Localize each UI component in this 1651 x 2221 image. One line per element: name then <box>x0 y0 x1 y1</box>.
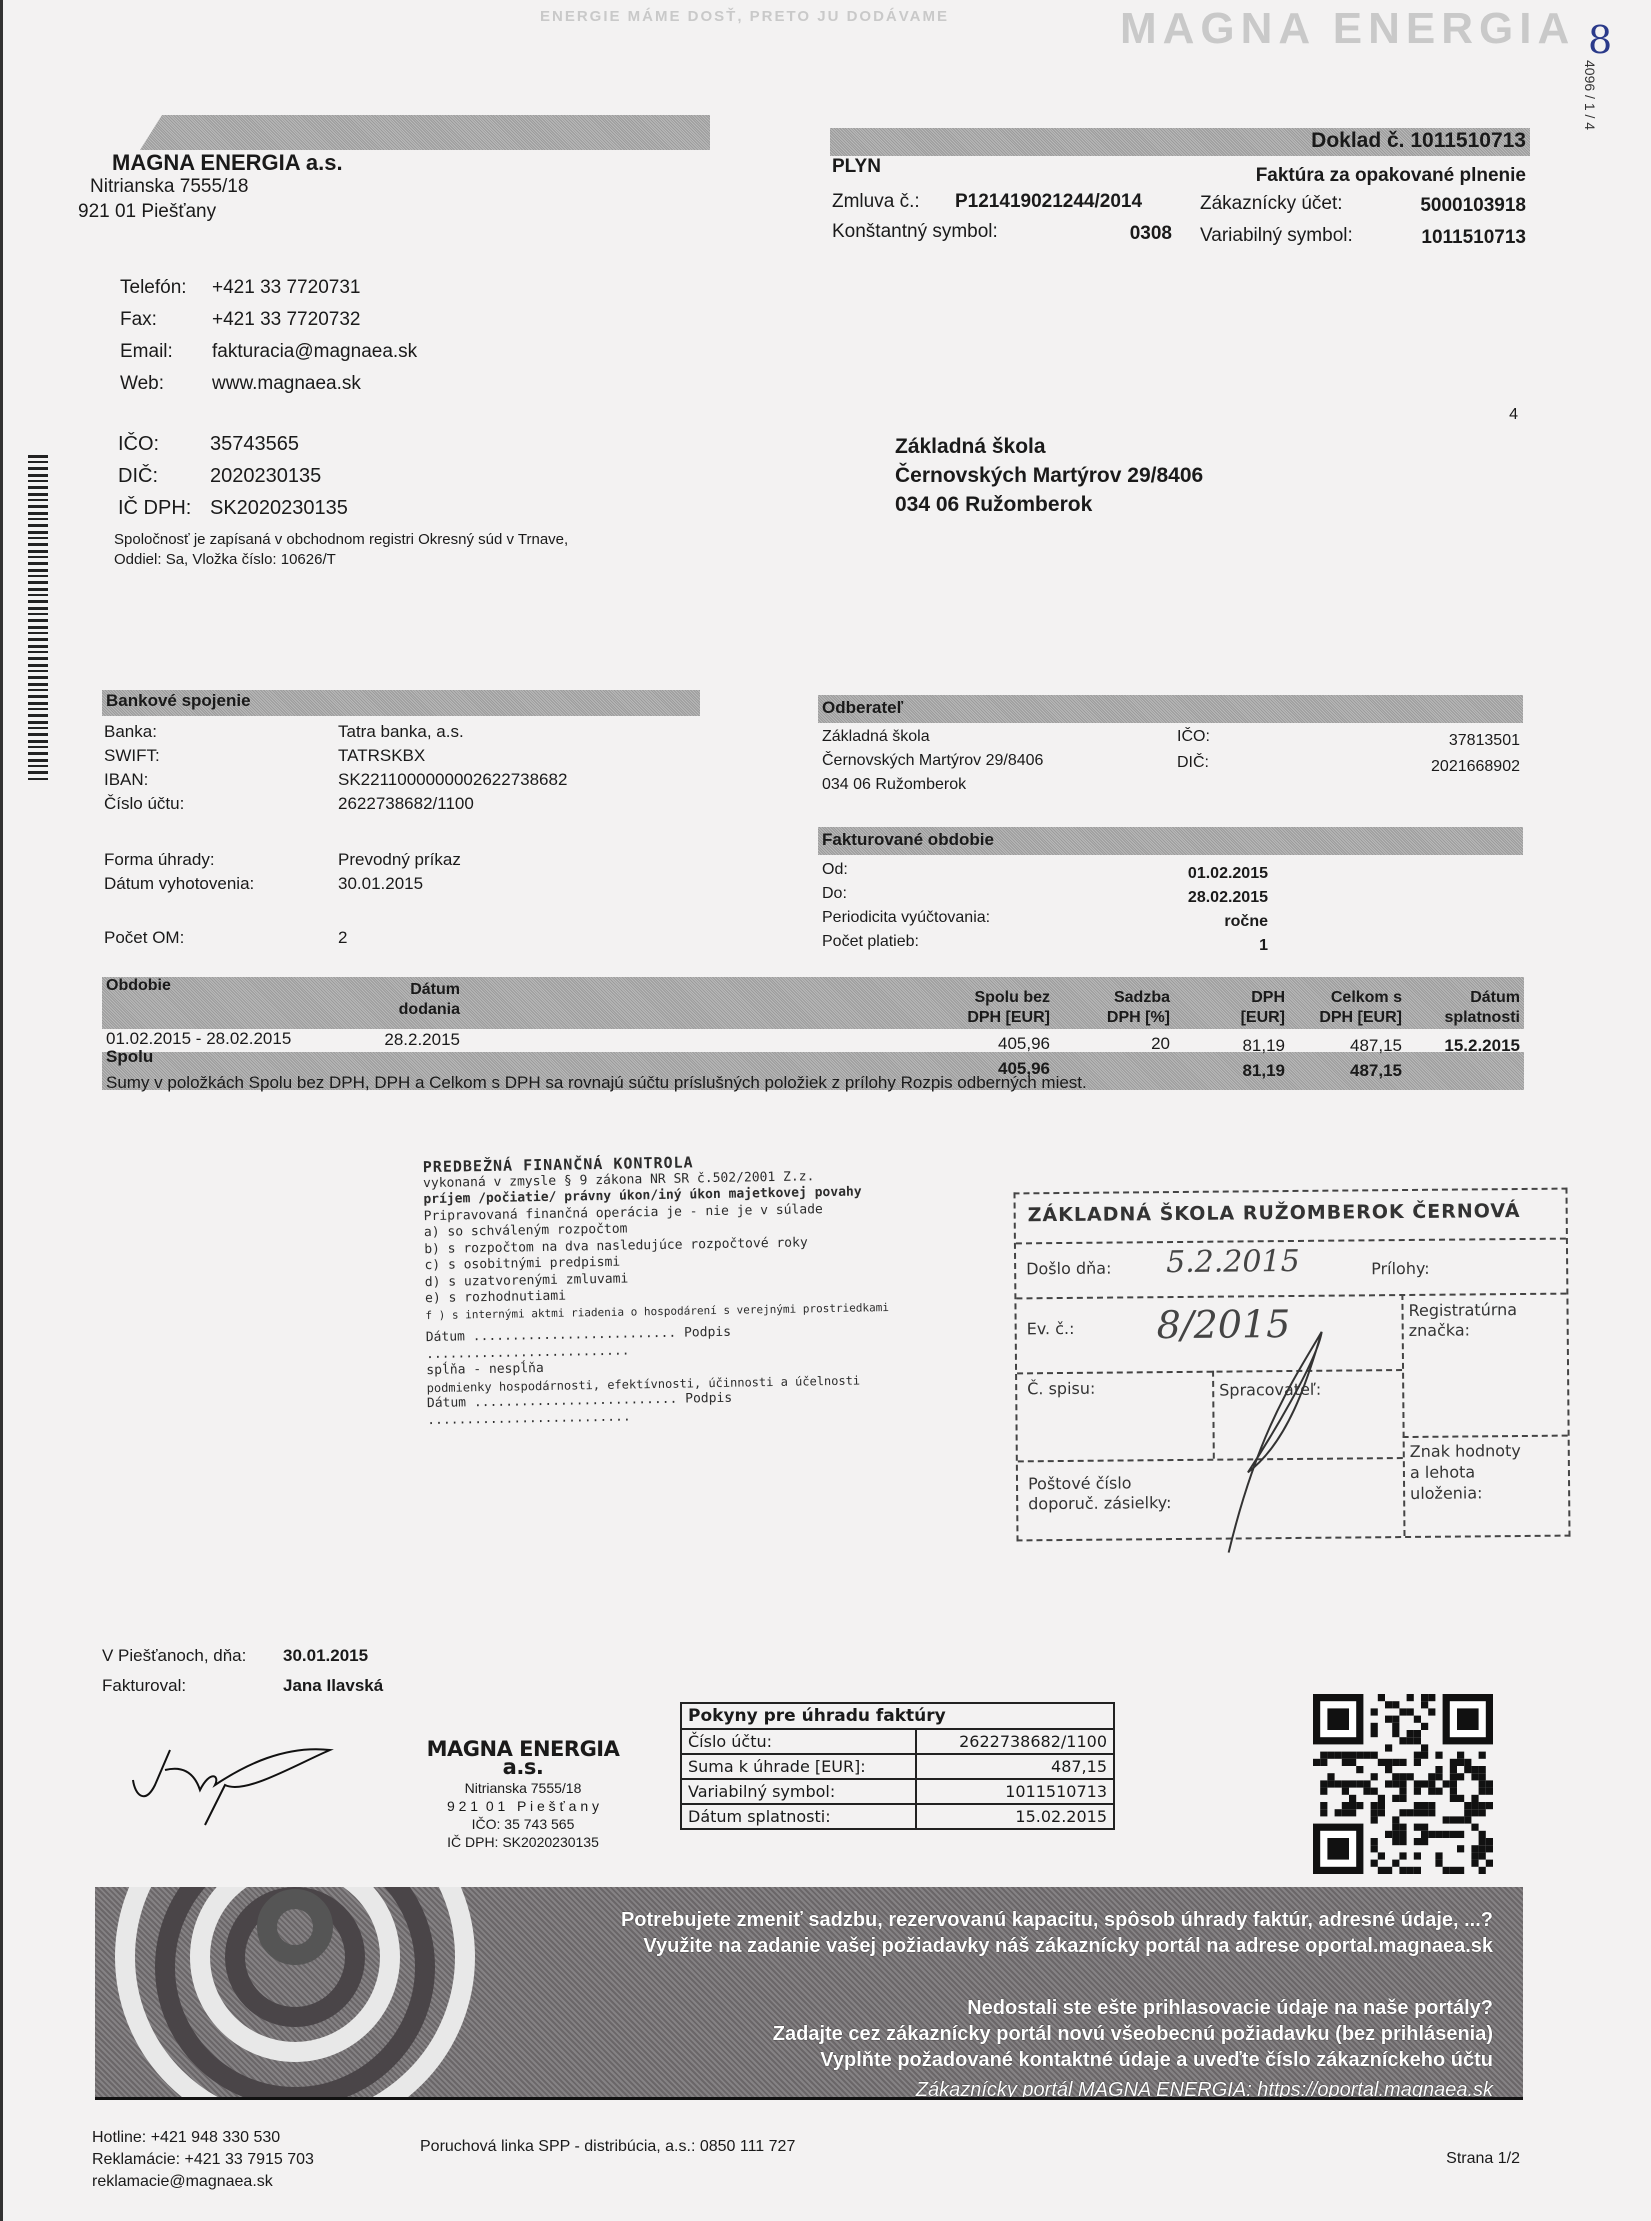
var-symbol-value: 1011510713 <box>1380 227 1526 249</box>
supplier-street: Nitrianska 7555/18 <box>90 176 248 198</box>
qr-code-icon <box>1313 1694 1493 1874</box>
email-label: Email: <box>120 336 212 368</box>
payment-row-label: Číslo účtu: <box>681 1729 916 1754</box>
bank-name-value: Tatra banka, a.s. <box>338 722 464 741</box>
email-link[interactable]: fakturacia@magnaea.sk <box>212 341 417 362</box>
period-to-label: Do: <box>822 882 990 906</box>
registry-title: ZÁKLADNÁ ŠKOLA RUŽOMBEROK ČERNOVÁ <box>1028 1200 1521 1226</box>
row-gross: 487,15 <box>1290 1036 1402 1056</box>
payments-count-label: Počet platieb: <box>822 930 990 954</box>
periodicity-label: Periodicita vyúčtovania: <box>822 906 990 930</box>
ico-value: 35743565 <box>210 433 299 455</box>
payment-row-value: 15.02.2015 <box>916 1804 1114 1829</box>
registry-note-line-1: Spoločnosť je zapísaná v obchodnom regis… <box>114 530 568 550</box>
scan-edge <box>0 0 3 2221</box>
web-link[interactable]: www.magnaea.sk <box>212 373 361 394</box>
handwritten-signature-icon <box>1197 1322 1339 1563</box>
file-label: Č. spisu: <box>1027 1379 1095 1399</box>
invoiced-by-label: Fakturoval: <box>102 1676 186 1696</box>
customer-line-2: Černovských Martýrov 29/8406 <box>822 749 1043 773</box>
row-rate: 20 <box>1070 1034 1170 1054</box>
total-label: Spolu <box>106 1047 153 1067</box>
customer-dic-label: DIČ: <box>1177 754 1209 772</box>
registry-note-line-2: Oddiel: Sa, Vložka číslo: 10626/T <box>114 550 568 570</box>
value-label: Znak hodnotya lehotauloženia: <box>1410 1440 1522 1504</box>
icdph-value: SK2020230135 <box>210 497 348 519</box>
payment-row-label: Dátum splatnosti: <box>681 1804 916 1829</box>
page-number: Strana 1/2 <box>1400 2150 1520 2168</box>
bank-header: Bankové spojenie <box>106 691 251 711</box>
complaints-phone: Reklamácie: +421 33 7915 703 <box>92 2149 314 2171</box>
customer-header-bar <box>818 695 1523 723</box>
supplier-city: 921 01 Piešťany <box>78 201 216 223</box>
row-vat: 81,19 <box>1210 1036 1285 1056</box>
iban-label: IBAN: <box>104 768 338 792</box>
payment-row: Číslo účtu:2622738682/1100 <box>681 1729 1114 1754</box>
promo-portal-link[interactable]: Zákaznícky portál MAGNA ENERGIA: https:/… <box>621 2077 1493 2100</box>
spp-hotline: Poruchová linka SPP - distribúcia, a.s.:… <box>420 2138 795 2156</box>
commodity: PLYN <box>832 156 881 178</box>
watermark-slogan: ENERGIE MÁME DOSŤ, PRETO JU DODÁVAME <box>540 8 949 25</box>
stamp-street: Nitrianska 7555/18 <box>408 1779 638 1797</box>
customer-address: Základná škola Černovských Martýrov 29/8… <box>822 725 1043 797</box>
ev-label: Ev. č.: <box>1027 1319 1075 1338</box>
period-to-value: 28.02.2015 <box>1100 886 1268 910</box>
web-label: Web: <box>120 368 212 400</box>
contract-value: P121419021244/2014 <box>955 191 1142 213</box>
payment-form-value: Prevodný príkaz <box>338 850 461 869</box>
om-count: Počet OM:2 <box>104 928 347 948</box>
recipient-line-1: Základná škola <box>895 432 1203 461</box>
icdph-label: IČ DPH: <box>118 492 210 524</box>
registry-stamp: ZÁKLADNÁ ŠKOLA RUŽOMBEROK ČERNOVÁ Došlo … <box>1013 1188 1570 1542</box>
bank-name-label: Banka: <box>104 720 338 744</box>
items-note: Sumy v položkách Spolu bez DPH, DPH a Ce… <box>106 1073 1087 1093</box>
period-values: 01.02.2015 28.02.2015 ročne 1 <box>1100 862 1268 958</box>
footer-contacts: Hotline: +421 948 330 530 Reklamácie: +4… <box>92 2127 314 2193</box>
period-labels: Od: Do: Periodicita vyúčtovania: Počet p… <box>822 858 990 954</box>
margin-page-ref: 4096 / 1 / 4 <box>1582 60 1598 130</box>
issue-date-value: 30.01.2015 <box>338 874 423 893</box>
ico-label: IČO: <box>118 428 210 460</box>
recipient-page-num: 4 <box>1260 406 1518 424</box>
complaints-email[interactable]: reklamacie@magnaea.sk <box>92 2171 314 2193</box>
payment-row-value: 487,15 <box>916 1754 1114 1779</box>
recipient-line-3: 034 06 Ružomberok <box>895 490 1203 519</box>
period-from-value: 01.02.2015 <box>1100 862 1268 886</box>
col-rate: SadzbaDPH [%] <box>1070 988 1170 1028</box>
payment-instructions-box: Pokyny pre úhradu faktúry Číslo účtu:262… <box>680 1702 1115 1830</box>
payment-info: Forma úhrady:Prevodný príkaz Dátum vyhot… <box>104 848 461 896</box>
signature-icon <box>125 1745 335 1835</box>
col-vat: DPH[EUR] <box>1210 988 1285 1028</box>
iban-value: SK2211000000002622738682 <box>338 770 567 789</box>
watermark-brand: MAGNA ENERGIA <box>1120 4 1575 54</box>
promo-line-1: Potrebujete zmeniť sadzbu, rezervovanú k… <box>621 1907 1493 1933</box>
customer-line-1: Základná škola <box>822 725 1043 749</box>
hotline: Hotline: +421 948 330 530 <box>92 2127 314 2149</box>
reg-mark-label: Registratúrnaznačka: <box>1408 1300 1517 1341</box>
payment-row-value: 1011510713 <box>916 1779 1114 1804</box>
total-vat: 81,19 <box>1210 1061 1285 1081</box>
handwritten-number: 8 <box>1588 18 1612 62</box>
payment-row: Suma k úhrade [EUR]:487,15 <box>681 1754 1114 1779</box>
payment-row-label: Variabilný symbol: <box>681 1779 916 1804</box>
control-line: Dátum .......................... Podpis … <box>427 1388 896 1429</box>
document-type: Faktúra za opakované plnenie <box>1150 165 1526 187</box>
payment-row-label: Suma k úhrade [EUR]: <box>681 1754 916 1779</box>
col-net: Spolu bezDPH [EUR] <box>900 988 1050 1028</box>
total-gross: 487,15 <box>1290 1061 1402 1081</box>
payment-row-value: 2622738682/1100 <box>916 1729 1114 1754</box>
customer-account-label: Zákaznícky účet: <box>1200 193 1343 215</box>
issue-date-label: Dátum vyhotovenia: <box>104 872 338 896</box>
const-symbol-value: 0308 <box>1090 223 1172 245</box>
promo-banner: Potrebujete zmeniť sadzbu, rezervovanú k… <box>95 1887 1523 2100</box>
supplier-name: MAGNA ENERGIA a.s. <box>112 150 343 176</box>
phone-label: Telefón: <box>120 272 212 304</box>
promo-line-5: Vyplňte požadované kontaktné údaje a uve… <box>621 2047 1493 2073</box>
phone-value: +421 33 7720731 <box>212 277 360 298</box>
var-symbol-label: Variabilný symbol: <box>1200 225 1353 247</box>
customer-ico-value: 37813501 <box>1350 732 1520 750</box>
col-due: Dátumsplatnosti <box>1410 988 1520 1028</box>
customer-account-value: 5000103918 <box>1380 195 1526 217</box>
company-stamp: MAGNA ENERGIA a.s. Nitrianska 7555/18 9 … <box>408 1740 638 1851</box>
bank-rows: Banka:Tatra banka, a.s. SWIFT:TATRSKBX I… <box>104 720 567 816</box>
stamp-icdph: IČ DPH: SK2020230135 <box>408 1833 638 1851</box>
promo-text: Potrebujete zmeniť sadzbu, rezervovanú k… <box>621 1907 1493 2100</box>
supplier-contacts: Telefón:+421 33 7720731 Fax:+421 33 7720… <box>120 272 417 400</box>
period-header: Fakturované obdobie <box>822 830 994 850</box>
promo-line-4: Zadajte cez zákaznícky portál novú všeob… <box>621 2021 1493 2047</box>
swift-label: SWIFT: <box>104 744 338 768</box>
row-net: 405,96 <box>900 1034 1050 1054</box>
recipient-line-2: Černovských Martýrov 29/8406 <box>895 461 1203 490</box>
row-delivery: 28.2.2015 <box>370 1030 460 1050</box>
payment-box-title: Pokyny pre úhradu faktúry <box>681 1703 1114 1729</box>
account-value: 2622738682/1100 <box>338 794 474 813</box>
om-count-label: Počet OM: <box>104 928 338 948</box>
customer-ico-label: IČO: <box>1177 728 1210 746</box>
place-date: 30.01.2015 <box>283 1646 368 1666</box>
dic-label: DIČ: <box>118 460 210 492</box>
attachments-label: Prílohy: <box>1371 1259 1430 1279</box>
stamp-city: 9 2 1 0 1 P i e š ť a n y <box>408 1797 638 1815</box>
row-due: 15.2.2015 <box>1410 1036 1520 1056</box>
place-label: V Piešťanoch, dňa: <box>102 1646 246 1666</box>
contract-label: Zmluva č.: <box>832 191 920 213</box>
period-from-label: Od: <box>822 858 990 882</box>
col-period: Obdobie <box>106 977 171 995</box>
customer-dic-value: 2021668902 <box>1350 758 1520 776</box>
received-label: Došlo dňa: <box>1026 1259 1111 1279</box>
stamp-ico: IČO: 35 743 565 <box>408 1815 638 1833</box>
payments-count-value: 1 <box>1100 934 1268 958</box>
fax-value: +421 33 7720732 <box>212 309 360 330</box>
registry-note: Spoločnosť je zapísaná v obchodnom regis… <box>114 530 568 570</box>
invoiced-by: Jana Ilavská <box>283 1676 383 1696</box>
col-gross: Celkom sDPH [EUR] <box>1290 988 1402 1028</box>
financial-control-stamp: PREDBEŽNÁ FINANČNÁ KONTROLA vykonaná v z… <box>423 1151 896 1429</box>
supplier-ids: IČO:35743565 DIČ:2020230135 IČ DPH:SK202… <box>118 428 348 524</box>
payment-form-label: Forma úhrady: <box>104 848 338 872</box>
supplier-header-bar <box>140 115 710 150</box>
received-value: 5.2.2015 <box>1166 1244 1300 1280</box>
stamp-name: MAGNA ENERGIA a.s. <box>408 1740 638 1776</box>
col-delivery: Dátumdodania <box>370 980 460 1020</box>
payment-row: Dátum splatnosti:15.02.2015 <box>681 1804 1114 1829</box>
account-label: Číslo účtu: <box>104 792 338 816</box>
om-count-value: 2 <box>338 928 347 947</box>
customer-header: Odberateľ <box>822 698 903 718</box>
const-symbol-label: Konštantný symbol: <box>832 221 998 243</box>
promo-line-2[interactable]: Využite na zadanie vašej požiadavky náš … <box>621 1933 1493 1959</box>
promo-line-3: Nedostali ste ešte prihlasovacie údaje n… <box>621 1995 1493 2021</box>
swirl-logo-icon <box>95 1887 655 2097</box>
barcode-icon <box>28 455 48 780</box>
customer-line-3: 034 06 Ružomberok <box>822 773 1043 797</box>
fax-label: Fax: <box>120 304 212 336</box>
periodicity-value: ročne <box>1100 910 1268 934</box>
dic-value: 2020230135 <box>210 465 321 487</box>
recipient-address: Základná škola Černovských Martýrov 29/8… <box>895 432 1203 519</box>
document-title: Doklad č. 1011510713 <box>1250 129 1526 153</box>
row-period: 01.02.2015 - 28.02.2015 <box>106 1029 291 1049</box>
payment-row: Variabilný symbol:1011510713 <box>681 1779 1114 1804</box>
swift-value: TATRSKBX <box>338 746 425 765</box>
postal-label: Poštové číslodoporuč. zásielky: <box>1028 1473 1172 1514</box>
